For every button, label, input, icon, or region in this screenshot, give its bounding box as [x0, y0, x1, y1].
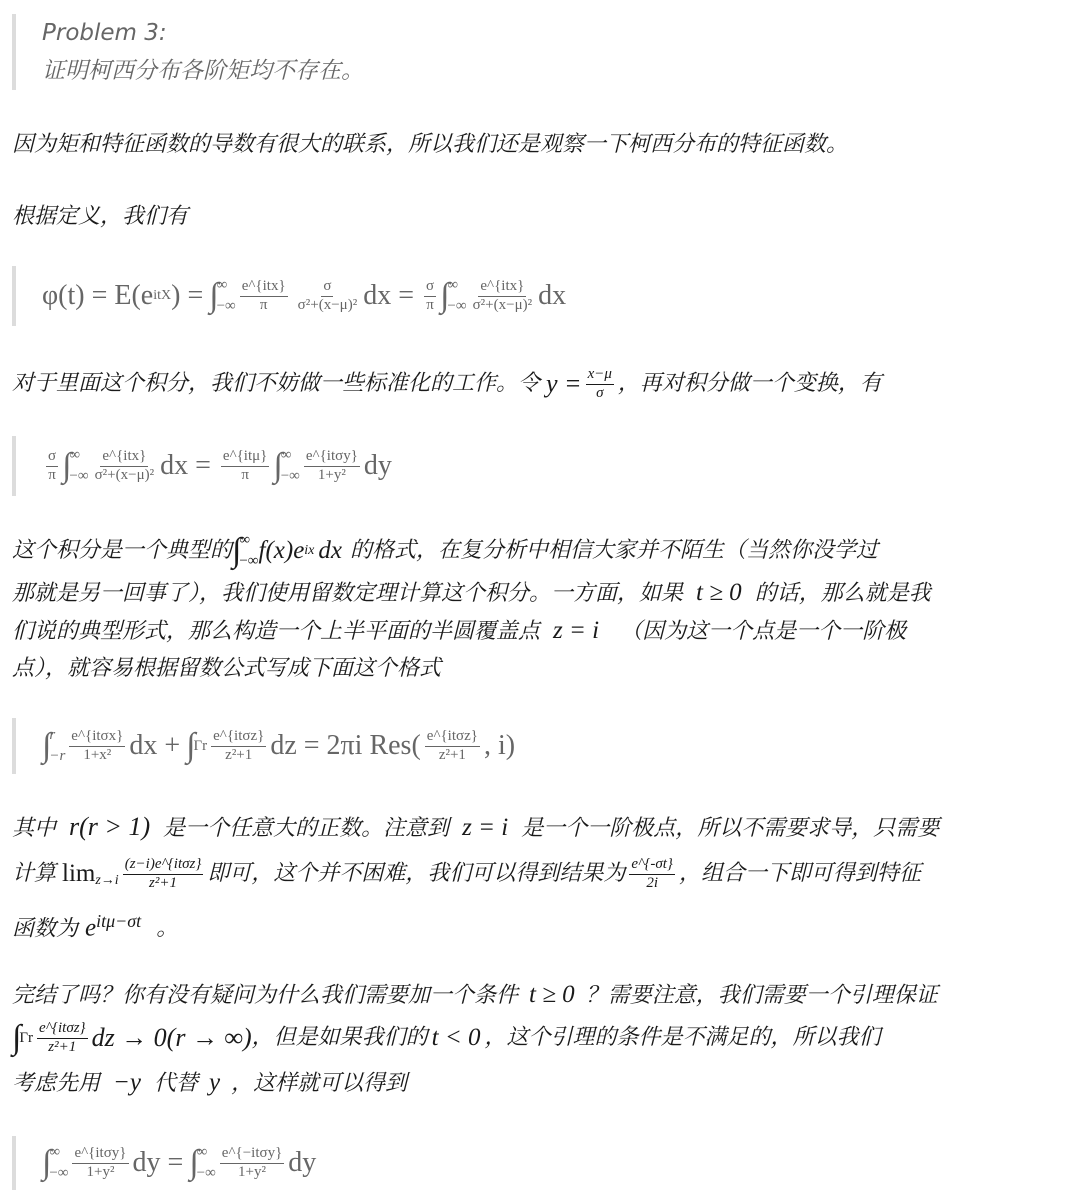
eq1-lhs-sup: itX: [153, 288, 171, 304]
integral-sign: ∫∞−∞: [232, 530, 258, 572]
math-fx: f(x)e: [259, 532, 305, 570]
math-neg-y: −y: [113, 1069, 141, 1096]
fraction: (z−i)e^{itσz}z²+1: [123, 856, 204, 892]
fraction: σσ²+(x−μ)²: [296, 278, 360, 314]
math-lim: lim: [62, 855, 95, 893]
math-t-ge-0: t ≥ 0: [529, 981, 575, 1008]
math-y: y =: [546, 365, 582, 403]
integral-sign: ∫Γr: [186, 729, 207, 763]
eq1-lhs: φ(t) = E(e: [42, 280, 153, 312]
paragraph-lemma-line3: 考虑先用 −y 代替 y ，这样就可以得到: [12, 1064, 407, 1103]
eq2-end: dy: [364, 450, 392, 482]
paragraph-intro: 因为矩和特征函数的导数有很大的联系，所以我们还是观察一下柯西分布的特征函数。: [12, 126, 848, 164]
text: 的格式，在复分析中相信大家并不陌生（当然你没学过: [350, 532, 878, 570]
problem-blockquote: Problem 3: 证明柯西分布各阶矩均不存在。: [12, 14, 364, 90]
text: ？需要注意，我们需要一个引理保证: [586, 983, 938, 1008]
char-fn-sup: itμ−σt: [96, 911, 141, 931]
text: 是一个一阶极点，所以不需要求导，只需要: [521, 816, 939, 841]
math-z-eq-i: z = i: [462, 814, 508, 841]
text: ，组合一下即可得到特征: [679, 855, 921, 893]
text: 计算: [12, 855, 56, 893]
integral-sign: ∫∞−∞: [42, 1142, 68, 1184]
paragraph-pole-line3: 函数为 eitμ−σt 。: [12, 902, 178, 948]
paragraph-residue-line1: 这个积分是一个典型的 ∫∞−∞ f(x)eix dx 的格式，在复分析中相信大家…: [12, 530, 878, 572]
text: 函数为: [12, 916, 78, 941]
integral-sign: ∫∞−∞: [62, 445, 88, 487]
math-t-ge-0: t ≥ 0: [696, 579, 742, 606]
text: 即可，这个并不困难，我们可以得到结果为: [207, 855, 625, 893]
text: 代替: [154, 1071, 198, 1096]
text: 这个积分是一个典型的: [12, 532, 232, 570]
eq1-dx: dx =: [363, 280, 414, 312]
sup: ix: [304, 532, 314, 570]
fraction: e^{itσz}z²+1: [211, 728, 266, 764]
fraction: e^{itx}π: [240, 278, 288, 314]
equation-standardized: σπ ∫∞−∞ e^{itx}σ²+(x−μ)² dx = e^{itμ}π ∫…: [12, 436, 392, 496]
paragraph-pole-line1: 其中 r(r > 1) 是一个任意大的正数。注意到 z = i 是一个一阶极点，…: [12, 808, 939, 848]
paragraph-residue-line3: 们说的典型形式，那么构造一个上半平面的半圆覆盖点 z = i （因为这一个点是一…: [12, 612, 906, 651]
fraction: σπ: [46, 448, 58, 484]
eq4-mid: dy =: [133, 1147, 184, 1179]
problem-title: Problem 3:: [42, 14, 364, 52]
text: 那就是另一回事了），我们使用留数定理计算这个积分。一方面，如果: [12, 581, 683, 606]
eq3-end: , i): [484, 730, 515, 762]
fraction: σπ: [424, 278, 436, 314]
lim-sub: z→i: [95, 862, 118, 900]
math-z-eq-i: z = i: [553, 617, 599, 644]
fraction: e^{itσz}z²+1: [425, 728, 480, 764]
math-r-cond: r(r > 1): [69, 812, 150, 841]
integral-sign: ∫Γr: [12, 1021, 33, 1055]
fraction: e^{itμ}π: [221, 448, 269, 484]
equation-residue: ∫r−r e^{itσx}1+x² dx + ∫Γr e^{itσz}z²+1 …: [12, 718, 515, 774]
text: 。: [156, 916, 178, 941]
paragraph-residue-line2: 那就是另一回事了），我们使用留数定理计算这个积分。一方面，如果 t ≥ 0 的话…: [12, 574, 931, 613]
eq2-mid: dx =: [160, 450, 211, 482]
math-lemma-end: dz → 0(r → ∞): [92, 1019, 252, 1057]
paragraph-substitution: 对于里面这个积分，我们不妨做一些标准化的工作。令 y = x−μσ ，再对积分做…: [12, 362, 882, 406]
integral-sign: ∫∞−∞: [440, 275, 466, 317]
text: ，再对积分做一个变换，有: [618, 365, 882, 403]
eq1-lhs-end: ) =: [171, 280, 203, 312]
paragraph-lemma-line1: 完结了吗？你有没有疑问为什么我们需要加一个条件 t ≥ 0 ？需要注意，我们需要…: [12, 976, 938, 1015]
problem-statement: 证明柯西分布各阶矩均不存在。: [42, 52, 364, 90]
paragraph-residue-line4: 点），就容易根据留数公式写成下面这个格式: [12, 650, 441, 688]
paragraph-definition: 根据定义，我们有: [12, 198, 188, 236]
fraction: e^{itx}σ²+(x−μ)²: [471, 278, 535, 314]
eq4-end: dy: [288, 1147, 316, 1179]
eq1-dx2: dx: [538, 280, 566, 312]
paragraph-lemma-line2: ∫Γr e^{itσz}z²+1 dz → 0(r → ∞) ，但是如果我们的 …: [12, 1014, 881, 1062]
integral-sign: ∫∞−∞: [209, 275, 235, 317]
math-y: y: [209, 1069, 220, 1096]
fraction: e^{-σt}2i: [629, 856, 675, 892]
fraction: x−μσ: [586, 366, 614, 402]
text: （因为这一个点是一个一阶极: [620, 619, 906, 644]
fraction: e^{itσx}1+x²: [69, 728, 125, 764]
fraction: e^{itσy}1+y²: [304, 448, 360, 484]
text: 考虑先用: [12, 1071, 100, 1096]
paragraph-pole-line2: 计算 limz→i (z−i)e^{itσz}z²+1 即可，这个并不困难，我们…: [12, 846, 921, 902]
text: ，但是如果我们的: [252, 1019, 428, 1057]
text: 对于里面这个积分，我们不妨做一些标准化的工作。令: [12, 365, 540, 403]
integral-sign: ∫r−r: [42, 725, 65, 767]
eq3-mid: dz = 2πi Res(: [270, 730, 420, 762]
fraction: e^{−itσy}1+y²: [220, 1145, 284, 1181]
fraction: e^{itσz}z²+1: [37, 1020, 88, 1056]
text: 完结了吗？你有没有疑问为什么我们需要加一个条件: [12, 983, 518, 1008]
text: 其中: [12, 816, 56, 841]
fraction: e^{itx}σ²+(x−μ)²: [93, 448, 157, 484]
math-t-lt-0: t < 0: [432, 1019, 481, 1057]
integral-sign: ∫∞−∞: [189, 1142, 215, 1184]
text: ，这样就可以得到: [231, 1071, 407, 1096]
equation-characteristic-function: φ(t) = E(eitX) = ∫∞−∞ e^{itx}π σσ²+(x−μ)…: [12, 266, 566, 326]
text: ，这个引理的条件是不满足的，所以我们: [485, 1019, 881, 1057]
text: 们说的典型形式，那么构造一个上半平面的半圆覆盖点: [12, 619, 540, 644]
equation-symmetry: ∫∞−∞ e^{itσy}1+y² dy = ∫∞−∞ e^{−itσy}1+y…: [12, 1136, 316, 1190]
text: 是一个任意大的正数。注意到: [163, 816, 449, 841]
integral-sign: ∫∞−∞: [273, 445, 299, 487]
fraction: e^{itσy}1+y²: [72, 1145, 128, 1181]
math-dx: dx: [318, 532, 342, 570]
eq3-plus: dx +: [129, 730, 180, 762]
math-e: e: [85, 914, 96, 941]
text: 的话，那么就是我: [755, 581, 931, 606]
